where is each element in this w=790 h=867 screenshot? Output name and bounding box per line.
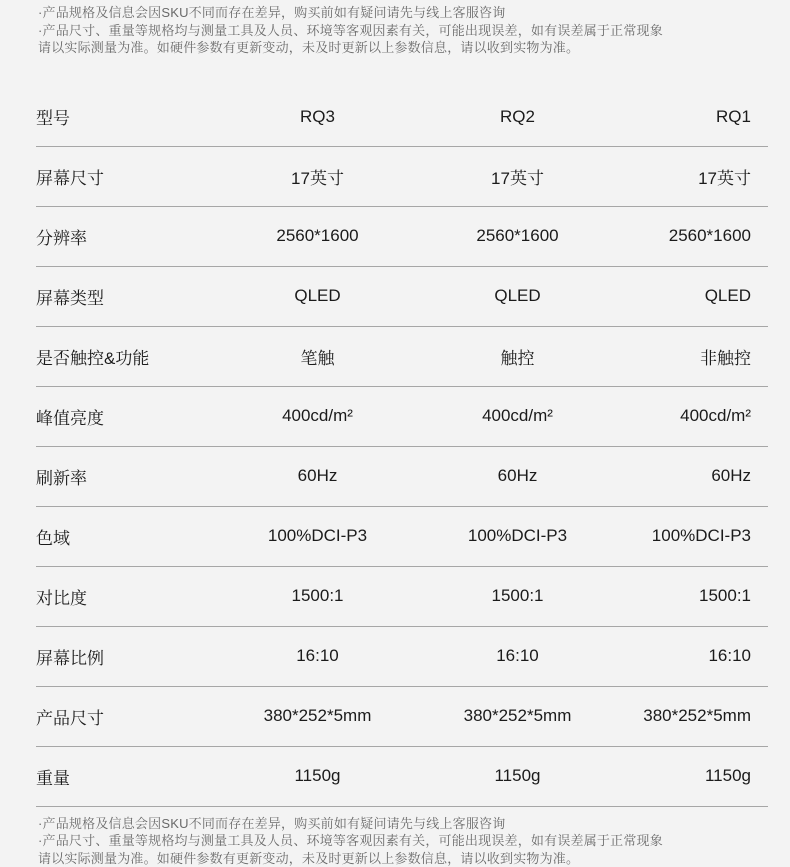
spec-value-rq1: RQ1 bbox=[625, 107, 768, 127]
table-row: 对比度 1500:1 1500:1 1500:1 bbox=[36, 567, 768, 627]
spec-value-rq3: 400cd/m² bbox=[225, 406, 410, 426]
spec-page: ·产品规格及信息会因SKU不同而存在差异，购买前如有疑问请先与线上客服咨询 ·产… bbox=[0, 0, 790, 867]
disclaimer-line: ·产品尺寸、重量等规格均与测量工具及人员、环境等客观因素有关，可能出现误差，如有… bbox=[38, 832, 770, 850]
spec-label: 型号 bbox=[36, 104, 225, 129]
spec-value-rq1: 60Hz bbox=[625, 466, 768, 486]
spec-value-rq1: 400cd/m² bbox=[625, 406, 768, 426]
disclaimer-line: ·产品规格及信息会因SKU不同而存在差异，购买前如有疑问请先与线上客服咨询 bbox=[38, 4, 770, 22]
table-row: 屏幕类型 QLED QLED QLED bbox=[36, 267, 768, 327]
spec-label: 屏幕尺寸 bbox=[36, 164, 225, 189]
disclaimer-line: 请以实际测量为准。如硬件参数有更新变动，未及时更新以上参数信息，请以收到实物为准… bbox=[38, 850, 770, 867]
spec-label: 重量 bbox=[36, 764, 225, 789]
disclaimer-line: ·产品规格及信息会因SKU不同而存在差异，购买前如有疑问请先与线上客服咨询 bbox=[38, 815, 770, 833]
table-row: 型号 RQ3 RQ2 RQ1 bbox=[36, 58, 768, 147]
table-row: 产品尺寸 380*252*5mm 380*252*5mm 380*252*5mm bbox=[36, 687, 768, 747]
spec-label: 对比度 bbox=[36, 584, 225, 609]
spec-label: 是否触控&功能 bbox=[36, 344, 225, 369]
spec-value-rq2: 400cd/m² bbox=[410, 406, 625, 426]
spec-value-rq1: 380*252*5mm bbox=[625, 706, 768, 726]
spec-label: 屏幕类型 bbox=[36, 284, 225, 309]
spec-label: 产品尺寸 bbox=[36, 704, 225, 729]
spec-value-rq3: 380*252*5mm bbox=[225, 706, 410, 726]
spec-value-rq3: 笔触 bbox=[225, 344, 410, 369]
spec-value-rq2: RQ2 bbox=[410, 107, 625, 127]
spec-label: 分辨率 bbox=[36, 224, 225, 249]
spec-value-rq1: 17英寸 bbox=[625, 164, 768, 189]
spec-table: 型号 RQ3 RQ2 RQ1 屏幕尺寸 17英寸 17英寸 17英寸 分辨率 2… bbox=[36, 58, 768, 807]
spec-value-rq1: 16:10 bbox=[625, 646, 768, 666]
spec-label: 屏幕比例 bbox=[36, 644, 225, 669]
spec-value-rq1: 100%DCI-P3 bbox=[625, 526, 768, 546]
table-row: 分辨率 2560*1600 2560*1600 2560*1600 bbox=[36, 207, 768, 267]
table-row: 刷新率 60Hz 60Hz 60Hz bbox=[36, 447, 768, 507]
spec-value-rq3: 1500:1 bbox=[225, 586, 410, 606]
spec-value-rq3: 60Hz bbox=[225, 466, 410, 486]
table-row: 峰值亮度 400cd/m² 400cd/m² 400cd/m² bbox=[36, 387, 768, 447]
table-row: 屏幕比例 16:10 16:10 16:10 bbox=[36, 627, 768, 687]
spec-value-rq3: 2560*1600 bbox=[225, 226, 410, 246]
table-row: 是否触控&功能 笔触 触控 非触控 bbox=[36, 327, 768, 387]
spec-value-rq2: 2560*1600 bbox=[410, 226, 625, 246]
spec-value-rq2: 触控 bbox=[410, 344, 625, 369]
spec-value-rq2: QLED bbox=[410, 286, 625, 306]
spec-value-rq2: 100%DCI-P3 bbox=[410, 526, 625, 546]
disclaimer-bottom: ·产品规格及信息会因SKU不同而存在差异，购买前如有疑问请先与线上客服咨询 ·产… bbox=[0, 807, 790, 867]
spec-value-rq3: 16:10 bbox=[225, 646, 410, 666]
spec-value-rq1: 非触控 bbox=[625, 344, 768, 369]
table-row: 色域 100%DCI-P3 100%DCI-P3 100%DCI-P3 bbox=[36, 507, 768, 567]
disclaimer-top: ·产品规格及信息会因SKU不同而存在差异，购买前如有疑问请先与线上客服咨询 ·产… bbox=[0, 0, 790, 57]
spec-value-rq1: 1150g bbox=[625, 766, 768, 786]
table-row: 重量 1150g 1150g 1150g bbox=[36, 747, 768, 807]
disclaimer-line: ·产品尺寸、重量等规格均与测量工具及人员、环境等客观因素有关，可能出现误差，如有… bbox=[38, 22, 770, 40]
spec-value-rq2: 17英寸 bbox=[410, 164, 625, 189]
spec-value-rq2: 380*252*5mm bbox=[410, 706, 625, 726]
spec-value-rq1: 2560*1600 bbox=[625, 226, 768, 246]
spec-value-rq2: 1500:1 bbox=[410, 586, 625, 606]
spec-label: 刷新率 bbox=[36, 464, 225, 489]
spec-label: 色域 bbox=[36, 524, 225, 549]
spec-label: 峰值亮度 bbox=[36, 404, 225, 429]
spec-value-rq1: QLED bbox=[625, 286, 768, 306]
spec-value-rq2: 60Hz bbox=[410, 466, 625, 486]
spec-value-rq2: 1150g bbox=[410, 766, 625, 786]
spec-value-rq3: RQ3 bbox=[225, 107, 410, 127]
spec-value-rq1: 1500:1 bbox=[625, 586, 768, 606]
spec-value-rq3: 100%DCI-P3 bbox=[225, 526, 410, 546]
spec-value-rq3: QLED bbox=[225, 286, 410, 306]
spec-value-rq3: 1150g bbox=[225, 766, 410, 786]
spec-value-rq3: 17英寸 bbox=[225, 164, 410, 189]
table-row: 屏幕尺寸 17英寸 17英寸 17英寸 bbox=[36, 147, 768, 207]
spec-value-rq2: 16:10 bbox=[410, 646, 625, 666]
disclaimer-line: 请以实际测量为准。如硬件参数有更新变动，未及时更新以上参数信息，请以收到实物为准… bbox=[38, 39, 770, 57]
